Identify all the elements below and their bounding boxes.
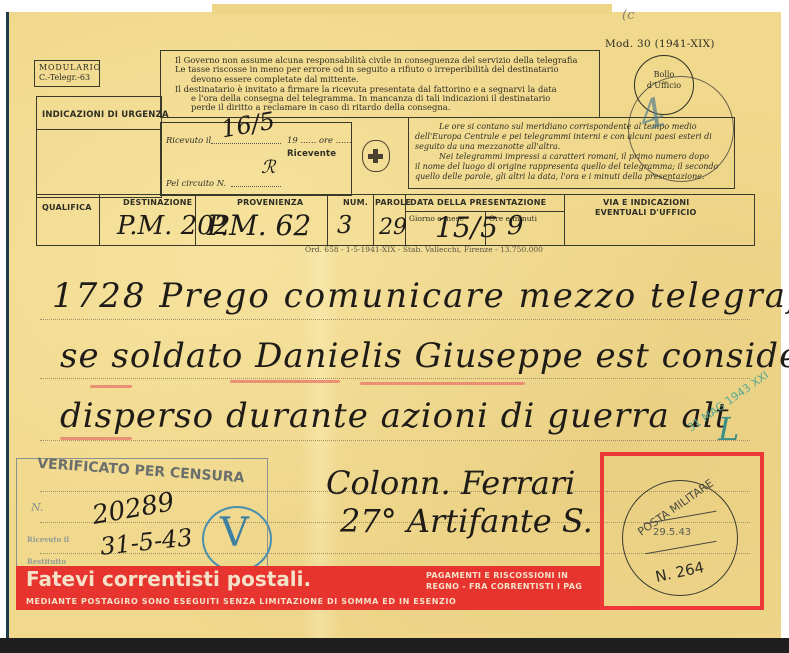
message-signature-name: Colonn. Ferrari	[326, 464, 575, 502]
disclaimer-box: Il Governo non assume alcuna responsabil…	[160, 50, 600, 118]
underline-disperso	[60, 437, 132, 440]
censorship-n-label: N.	[31, 503, 43, 514]
postmark-date: 29.5.43	[653, 527, 691, 538]
time-note-line-3: seguito da una mezzanotte all'altra.	[415, 142, 560, 153]
blue-circle-mark: V	[220, 510, 249, 556]
col-via-line1: VIA E INDICAZIONI	[603, 198, 689, 207]
disclaimer-line-3: devono essere completate dal mittente.	[191, 74, 359, 85]
urgency-box: INDICAZIONI DI URGENZA	[36, 96, 162, 198]
paper-top-tab	[212, 4, 612, 14]
censorship-title: VERIFICATO PER CENSURA	[37, 456, 245, 486]
printer-line: Ord. 658 - 1-5-1941-XIX - Stab. Vallecch…	[305, 245, 543, 256]
receiver-label: Ricevente	[287, 149, 336, 159]
coat-of-arms-icon	[362, 140, 390, 172]
col-provenienza: PROVENIENZA	[237, 198, 303, 207]
modulario-box: MODULARIO C.-Telegr.-63	[34, 60, 100, 87]
banner-right-line2: REGNO - FRA CORRENTISTI I PAG	[426, 582, 582, 591]
censorship-received-label: Ricevuto il	[27, 535, 69, 546]
underline-danielis	[230, 380, 340, 383]
banner-subline: MEDIANTE POSTAGIRO SONO ESEGUITI SENZA L…	[26, 597, 456, 606]
modulario-label: MODULARIO	[39, 63, 101, 74]
col-via-line2: EVENTUALI D'UFFICIO	[595, 208, 697, 217]
green-mark: L	[718, 410, 739, 448]
received-label: Ricevuto il	[166, 135, 211, 146]
model-number: Mod. 30 (1941-XIX)	[605, 39, 715, 50]
value-giorno-mese: 15/5	[435, 211, 498, 244]
year-hour-label: 19 ...... ore ......	[287, 135, 352, 146]
banner-right-line1: PAGAMENTI E RISCOSSIONI IN	[426, 571, 568, 580]
value-ore-minuti: 9	[507, 211, 524, 241]
disclaimer-line-2: Le tasse riscosse in meno per errore od …	[175, 64, 559, 75]
blue-circle-stamp: V	[202, 506, 272, 572]
value-num: 3	[337, 211, 352, 239]
scan-bottom-edge	[0, 638, 789, 653]
circuit-label: Pel circuito N.	[166, 178, 226, 189]
pencil-mark: (c	[622, 8, 634, 23]
col-qualifica: QUALIFICA	[42, 203, 92, 212]
modulario-code: C.-Telegr.-63	[39, 73, 90, 84]
postmark-number: N. 264	[654, 558, 706, 586]
banner-headline: Fatevi correntisti postali.	[26, 567, 311, 591]
paper-torn-edge	[8, 0, 212, 12]
value-parole: 29	[379, 215, 407, 240]
underline-soldato	[90, 385, 132, 388]
col-data-presentazione: DATA DELLA PRESENTAZIONE	[410, 198, 546, 207]
receiver-signature: ℛ	[261, 157, 275, 178]
col-destinazione: DESTINAZIONE	[123, 198, 192, 207]
message-line-3: disperso durante azioni di guerra alt	[60, 396, 729, 436]
underline-giuseppe	[360, 382, 525, 385]
military-postmark: POSTA MILITARE 29.5.43 N. 264	[622, 480, 738, 596]
urgency-label: INDICAZIONI DI URGENZA	[42, 110, 169, 120]
message-line-1: 1728 Prego comunicare mezzo telegrafo	[52, 276, 789, 316]
promo-banner: Fatevi correntisti postali. PAGAMENTI E …	[16, 566, 604, 610]
received-box: Ricevuto il 19 ...... ore ...... Riceven…	[160, 122, 352, 196]
message-line-2: se soldato Danielis Giuseppe est conside…	[60, 336, 789, 376]
paper-left-edge	[6, 12, 9, 638]
disclaimer-line-6: perde il diritto a reclamare in caso di …	[191, 102, 450, 113]
value-provenienza: P.M. 62	[207, 209, 311, 242]
header-table: QUALIFICA DESTINAZIONE PROVENIENZA NUM. …	[36, 194, 755, 246]
message-signature-unit: 27° Artifante S.	[340, 502, 593, 540]
col-parole: PAROLE	[375, 198, 411, 207]
col-num: NUM.	[343, 198, 368, 207]
